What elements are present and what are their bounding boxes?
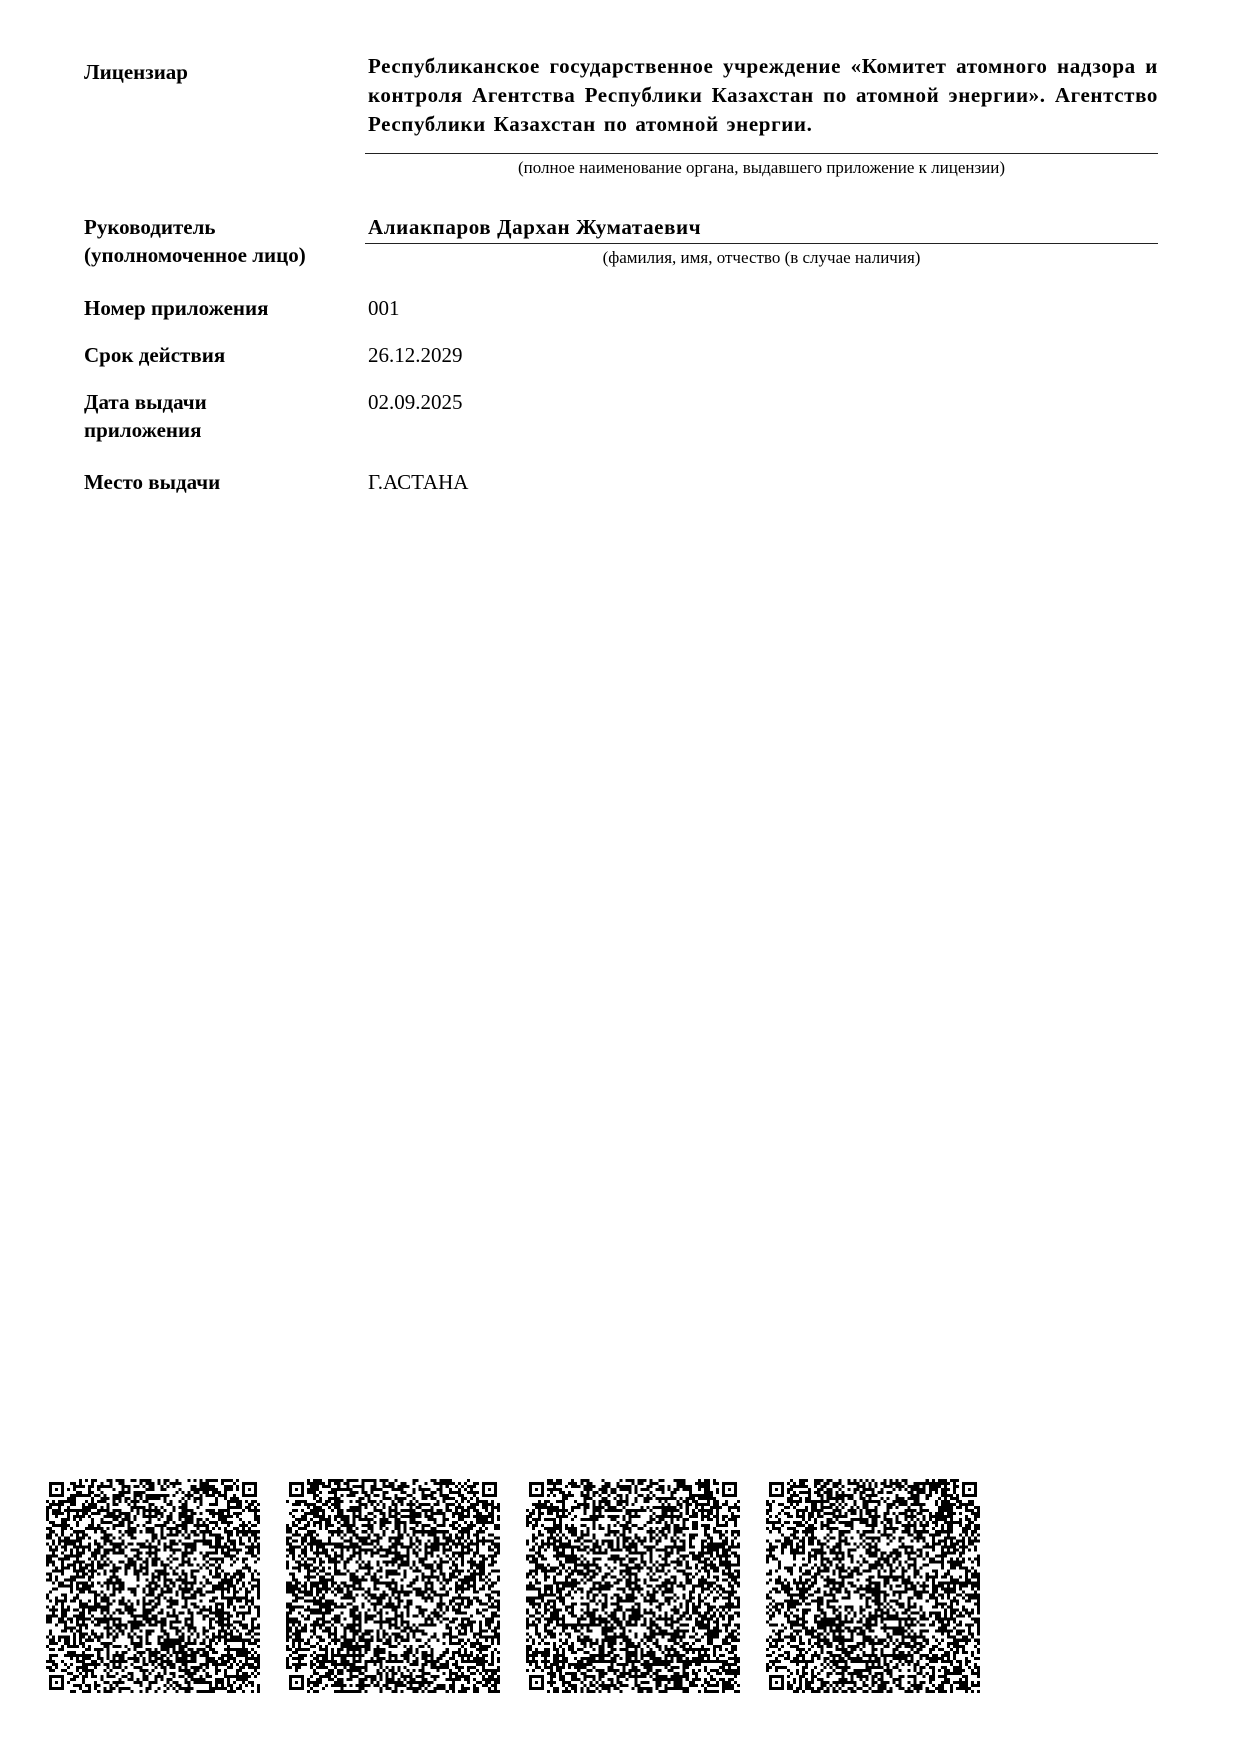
head-caption: (фамилия, имя, отчество (в случае наличи… <box>365 248 1158 268</box>
qr-code-icon <box>46 1479 260 1693</box>
licensor-label: Лицензиар <box>84 58 188 87</box>
head-value: Алиакпаров Дархан Жуматаевич <box>368 213 701 242</box>
licensor-underline <box>365 153 1158 154</box>
appendix-number-label: Номер приложения <box>84 294 268 323</box>
licensor-value: Республиканское государственное учрежден… <box>368 52 1158 139</box>
qr-code-3 <box>526 1479 740 1693</box>
qr-code-icon <box>286 1479 500 1693</box>
qr-code-4 <box>766 1479 980 1693</box>
validity-label: Срок действия <box>84 341 225 370</box>
appendix-number-value: 001 <box>368 294 400 323</box>
head-underline <box>365 243 1158 244</box>
qr-code-2 <box>286 1479 500 1693</box>
qr-code-icon <box>766 1479 980 1693</box>
head-label-line2: (уполномоченное лицо) <box>84 241 306 270</box>
qr-code-1 <box>46 1479 260 1693</box>
validity-value: 26.12.2029 <box>368 341 463 370</box>
licensor-caption: (полное наименование органа, выдавшего п… <box>365 158 1158 178</box>
head-label-line1: Руководитель <box>84 213 215 242</box>
issue-date-value: 02.09.2025 <box>368 388 463 417</box>
issue-place-label: Место выдачи <box>84 468 220 497</box>
issue-date-label-line2: приложения <box>84 416 201 445</box>
qr-code-icon <box>526 1479 740 1693</box>
issue-place-value: Г.АСТАНА <box>368 468 468 497</box>
issue-date-label-line1: Дата выдачи <box>84 388 207 417</box>
